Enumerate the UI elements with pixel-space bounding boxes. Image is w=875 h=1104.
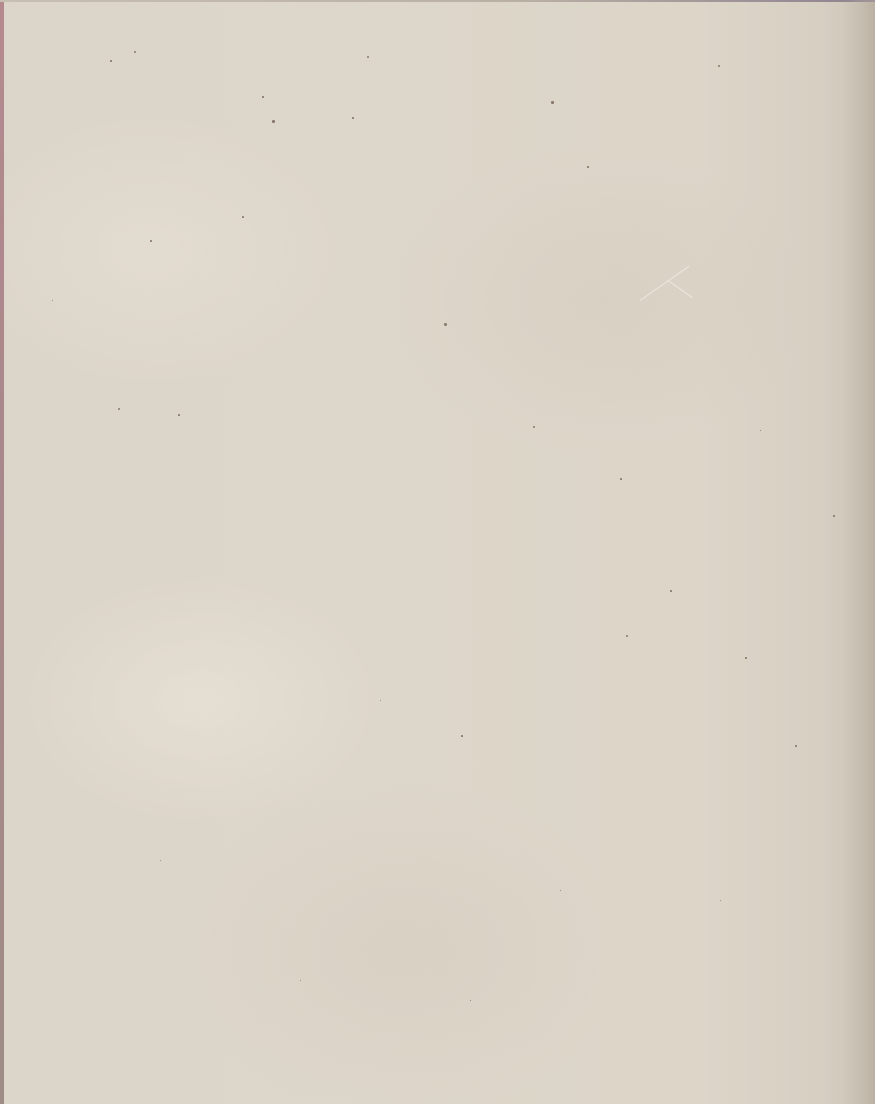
paper-crease <box>668 280 693 298</box>
paper-speck <box>272 120 275 123</box>
paper-speck <box>178 414 180 416</box>
paper-speck <box>626 635 628 637</box>
paper-speck <box>118 408 120 410</box>
paper-speck <box>134 51 136 53</box>
paper-speck <box>760 430 761 431</box>
blank-paper-page <box>0 0 875 1104</box>
paper-speck <box>587 166 589 168</box>
paper-speck <box>380 700 381 701</box>
paper-speck <box>352 117 354 119</box>
paper-speck <box>560 890 561 891</box>
right-edge-shadow <box>843 0 875 1104</box>
top-edge <box>0 0 875 2</box>
paper-speck <box>110 60 112 62</box>
paper-speck <box>461 735 463 737</box>
paper-speck <box>160 860 161 861</box>
binding-edge <box>0 0 4 1104</box>
paper-speck <box>242 216 244 218</box>
paper-speck <box>620 478 622 480</box>
paper-speck <box>833 515 835 517</box>
paper-crease <box>640 266 690 301</box>
paper-speck <box>444 323 447 326</box>
paper-speck <box>262 96 264 98</box>
paper-speck <box>300 980 301 981</box>
paper-speck <box>795 745 797 747</box>
paper-speck <box>718 65 720 67</box>
paper-speck <box>670 590 672 592</box>
paper-speck <box>551 101 554 104</box>
paper-speck <box>150 240 152 242</box>
paper-speck <box>470 1000 471 1001</box>
paper-speck <box>52 300 53 301</box>
paper-speck <box>720 900 721 901</box>
paper-speck <box>745 657 747 659</box>
paper-speck <box>367 56 369 58</box>
paper-speck <box>533 426 535 428</box>
